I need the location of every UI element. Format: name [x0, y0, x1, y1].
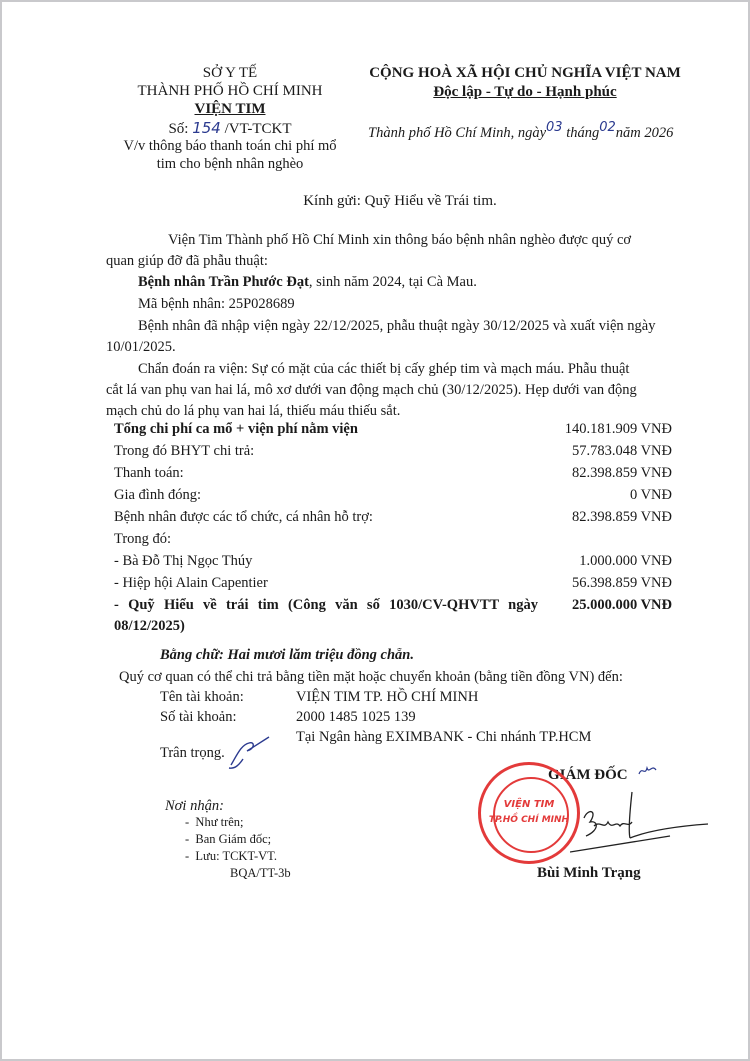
- salutation: Kính gửi: Quỹ Hiểu về Trái tim.: [100, 193, 700, 210]
- diagnosis-line-3: mạch chủ do lá phụ van hai lá, thiếu máu…: [106, 403, 400, 420]
- recipient-3: Lưu: TCKT-VT.: [195, 849, 277, 863]
- cost-label-breakdown: Trong đó:: [114, 531, 171, 548]
- stamp-line-2: TP.HỒ CHÍ MINH: [481, 815, 577, 825]
- recipients-ref: BQA/TT-3b: [230, 866, 291, 881]
- admission-line-1: Bệnh nhân đã nhập viện ngày 22/12/2025, …: [138, 318, 655, 335]
- patient-info: , sinh năm 2024, tại Cà Mau.: [309, 274, 477, 290]
- cost-amount-donor-3: 25.000.000 VNĐ: [500, 597, 672, 614]
- date-day: 03: [546, 120, 563, 135]
- patient-line: Bệnh nhân Trần Phước Đạt, sinh năm 2024,…: [138, 274, 477, 291]
- cost-label-support: Bệnh nhân được các tổ chức, cá nhân hỗ t…: [114, 509, 373, 526]
- cost-amount-donor-2: 56.398.859 VNĐ: [500, 575, 672, 592]
- motto-text: Độc lập - Tự do - Hạnh phúc: [433, 84, 616, 100]
- city-name: THÀNH PHỐ HỒ CHÍ MINH: [100, 83, 360, 100]
- initial-mark-icon: [636, 760, 660, 780]
- place-date: Thành phố Hồ Chí Minh, ngày03 tháng02năm…: [368, 120, 673, 142]
- diagnosis-line-1: Chẩn đoán ra viện: Sự có mặt của các thi…: [138, 361, 629, 378]
- date-month: 02: [599, 120, 616, 135]
- closing: Trân trọng.: [160, 745, 225, 762]
- account-name: VIỆN TIM TP. HỒ CHÍ MINH: [296, 689, 478, 706]
- recipient-1: Như trên;: [195, 815, 243, 829]
- recipient-item: - Ban Giám đốc;: [185, 832, 271, 847]
- nation-title: CỘNG HOÀ XÃ HỘI CHỦ NGHĨA VIỆT NAM: [360, 65, 690, 82]
- cost-label-family: Gia đình đóng:: [114, 487, 201, 504]
- cost-amount-payment: 82.398.859 VNĐ: [500, 465, 672, 482]
- admission-line-2: 10/01/2025.: [106, 339, 176, 356]
- recipients-title: Nơi nhận:: [165, 798, 224, 815]
- cost-label-donor-3-cont: 08/12/2025): [114, 618, 185, 635]
- doc-number-handwritten: 154: [192, 119, 221, 137]
- motto: Độc lập - Tự do - Hạnh phúc: [360, 84, 690, 101]
- cost-label-donor-2: - Hiệp hội Alain Capentier: [114, 575, 268, 592]
- cost-amount-support: 82.398.859 VNĐ: [500, 509, 672, 526]
- director-signature-icon: [570, 790, 710, 860]
- cost-amount-insurance: 57.783.048 VNĐ: [500, 443, 672, 460]
- year-label: năm 2026: [616, 125, 674, 141]
- cost-amount-donor-1: 1.000.000 VNĐ: [500, 553, 672, 570]
- cost-label-insurance: Trong đó BHYT chi trả:: [114, 443, 254, 460]
- institute-name: VIỆN TIM: [100, 101, 360, 118]
- recipient-2: Ban Giám đốc;: [195, 832, 271, 846]
- recipient-item: - Lưu: TCKT-VT.: [185, 849, 277, 864]
- cost-label-donor-1: - Bà Đỗ Thị Ngọc Thúy: [114, 553, 252, 570]
- place-date-prefix: Thành phố Hồ Chí Minh, ngày: [368, 125, 546, 141]
- doc-number-suffix: /VT-TCKT: [225, 121, 292, 137]
- intro-line-2: quan giúp đỡ đã phẫu thuật:: [106, 253, 268, 270]
- account-number-label: Số tài khoản:: [160, 709, 237, 726]
- account-name-label: Tên tài khoản:: [160, 689, 244, 706]
- stamp-line-1: VIỆN TIM: [481, 799, 577, 810]
- cost-amount-total: 140.181.909 VNĐ: [500, 421, 672, 438]
- subject-line-2: tim cho bệnh nhân nghèo: [100, 156, 360, 173]
- subject-line-1: V/v thông báo thanh toán chi phí mổ: [100, 138, 360, 155]
- institute-label: VIỆN TIM: [195, 101, 266, 117]
- patient-name: Bệnh nhân Trần Phước Đạt: [138, 274, 309, 290]
- doc-number-prefix: Số:: [168, 121, 188, 137]
- cost-label-total: Tổng chi phí ca mổ + viện phí nằm viện: [114, 421, 358, 438]
- amount-in-words: Bằng chữ: Hai mươi lăm triệu đồng chẵn.: [160, 647, 414, 664]
- month-label: tháng: [566, 125, 599, 141]
- cost-label-donor-3: - Quỹ Hiểu về trái tim (Công văn số 1030…: [114, 597, 538, 614]
- patient-code: Mã bệnh nhân: 25P028689: [138, 296, 295, 313]
- account-number: 2000 1485 1025 139: [296, 709, 416, 726]
- official-stamp: VIỆN TIM TP.HỒ CHÍ MINH: [478, 762, 580, 864]
- doc-number: Số: 154 /VT-TCKT: [100, 119, 360, 138]
- director-name: Bùi Minh Trạng: [537, 865, 641, 882]
- cost-amount-family: 0 VNĐ: [500, 487, 672, 504]
- ministry-name: SỞ Y TẾ: [100, 65, 360, 82]
- recipient-item: - Như trên;: [185, 815, 244, 830]
- bank-name: Tại Ngân hàng EXIMBANK - Chi nhánh TP.HC…: [296, 729, 591, 746]
- payment-intro: Quý cơ quan có thể chi trả bằng tiền mặt…: [119, 669, 623, 686]
- initial-signature-icon: [225, 735, 275, 770]
- diagnosis-line-2: cắt lá van phụ van hai lá, mô xơ dưới va…: [106, 382, 637, 399]
- intro-line-1: Viện Tim Thành phố Hồ Chí Minh xin thông…: [168, 232, 631, 249]
- cost-label-payment: Thanh toán:: [114, 465, 184, 482]
